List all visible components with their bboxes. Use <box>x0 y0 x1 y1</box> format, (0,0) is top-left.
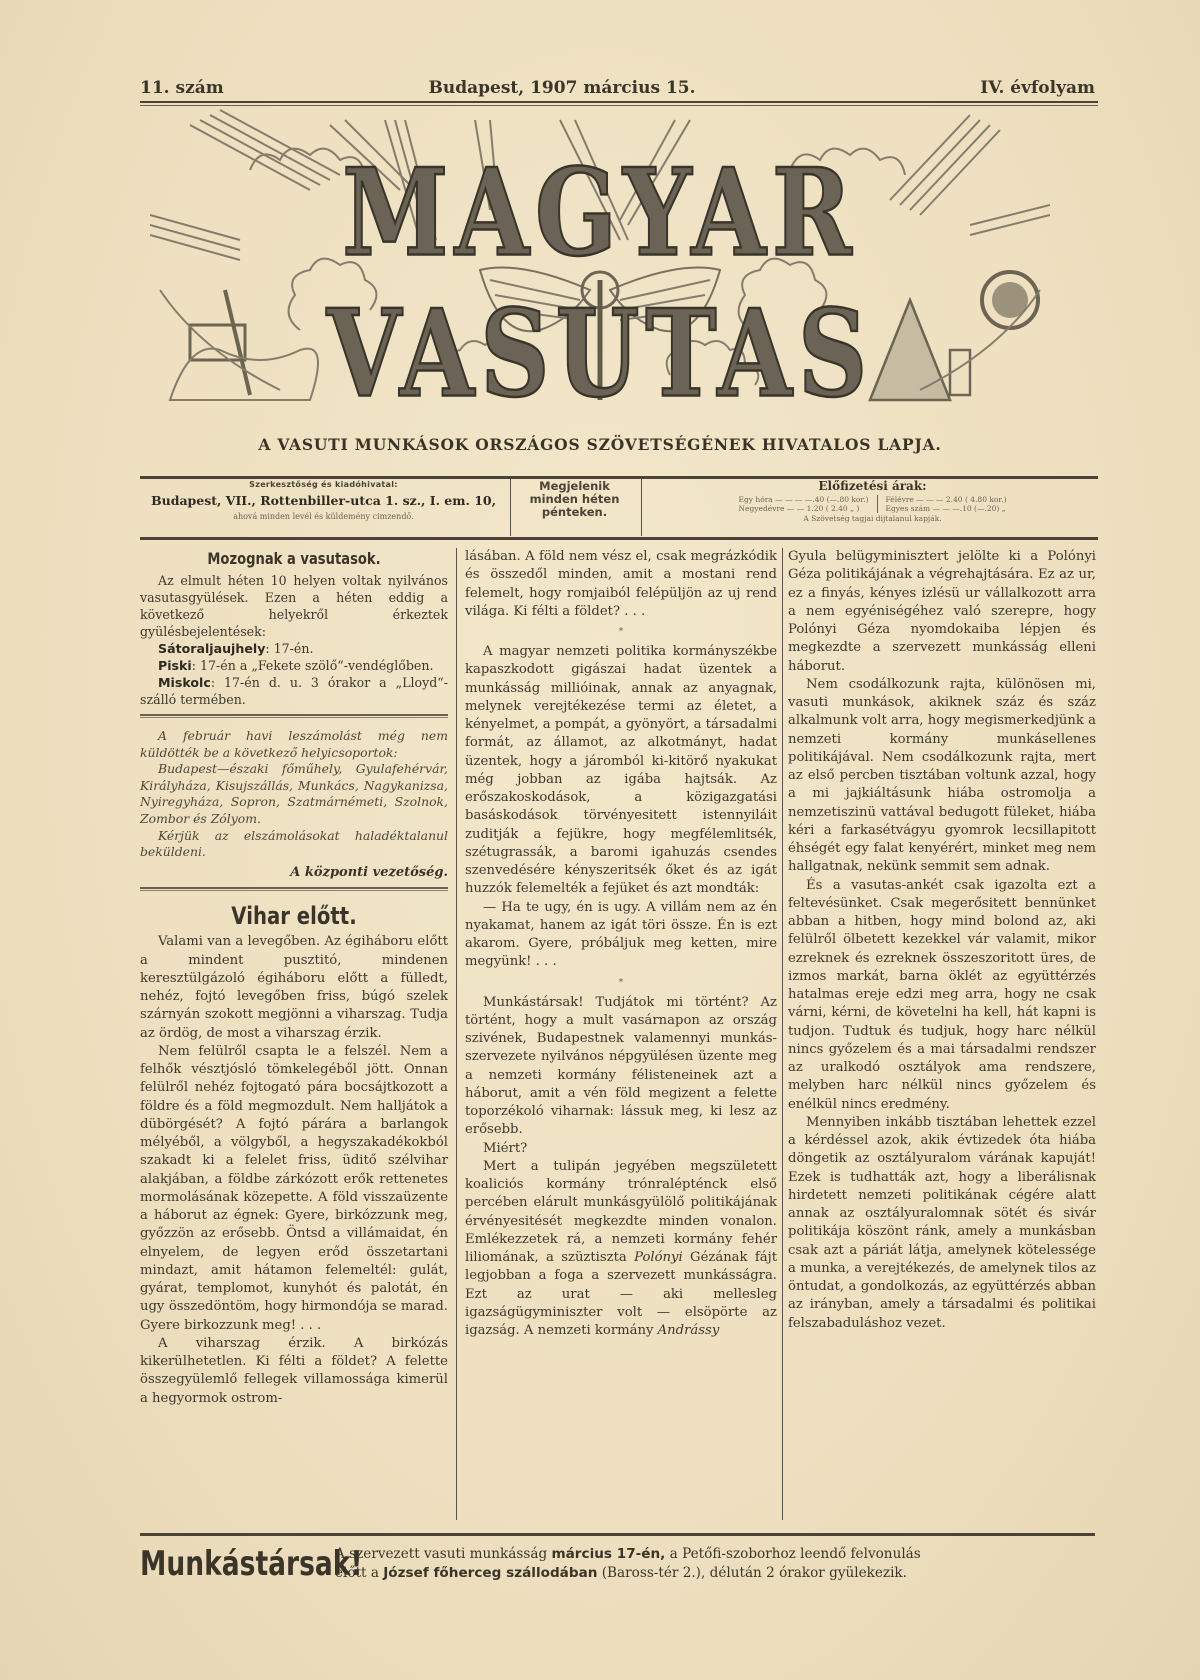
price-row: Egyes szám — — —.10 (—.20) „ <box>886 504 1007 513</box>
column-1: Mozognak a vasutasok. Az elmult héten 10… <box>140 548 448 1408</box>
section-separator: * <box>465 972 777 994</box>
article-paragraph: Mennyiben inkább tisztában lehettek ezze… <box>788 1114 1096 1333</box>
editorial-label: Szerkesztőség és kiadóhivatal: <box>140 480 507 489</box>
person-name: Polónyi <box>634 1250 683 1265</box>
column-divider <box>782 548 783 1520</box>
article-paragraph: Mert a tulipán jegyében megszületett koa… <box>465 1158 777 1341</box>
article-paragraph: A magyar nemzeti politika kormányszékbe … <box>465 643 777 899</box>
prices-title: Előfizetési árak: <box>645 479 1100 493</box>
notice-paragraph: Kérjük az elszámolásokat haladéktalanul … <box>140 828 448 861</box>
prices-table: Egy hóra — — — —.40 (—.80 kor.) Negyedév… <box>645 495 1100 513</box>
person-name: Andrássy <box>658 1323 720 1338</box>
section-rule <box>140 887 448 891</box>
column-2: lásában. A föld nem vész el, csak megráz… <box>465 548 777 1340</box>
meeting-item: Miskolc: 17-én d. u. 3 órakor a „Lloyd“-… <box>140 674 448 708</box>
footer-rule <box>140 1533 1095 1536</box>
article-mozognak: Az elmult héten 10 helyen voltak nyilván… <box>140 572 448 708</box>
price-row: Negyedévre — — 1.20 ( 2.40 „ ) <box>738 504 868 513</box>
article-paragraph: Miért? <box>465 1140 777 1158</box>
infobox-divider <box>510 478 511 536</box>
publication-date: Budapest, 1907 március 15. <box>429 78 696 98</box>
announcement: Munkástársak! A szervezett vasuti munkás… <box>140 1543 1100 1588</box>
article-paragraph: Gyula belügyminisztert jelölte ki a Poló… <box>788 548 1096 676</box>
prices-note: A Szövetség tagjai dijtalanul kapják. <box>645 514 1100 523</box>
subscription-prices: Előfizetési árak: Egy hóra — — — —.40 (—… <box>645 478 1100 523</box>
prices-left: Egy hóra — — — —.40 (—.80 kor.) Negyedév… <box>738 495 868 513</box>
article-paragraph: — Ha te ugy, én is ugy. A villám nem az … <box>465 899 777 972</box>
infobox-divider <box>641 478 642 536</box>
announcement-date: március 17-én, <box>551 1546 665 1562</box>
text-run: a Petőfi-szoborhoz leendő felvonulás <box>665 1546 920 1562</box>
prices-separator <box>877 495 878 513</box>
masthead-subtitle: A VASUTI MUNKÁSOK ORSZÁGOS SZÖVETSÉGÉNEK… <box>0 435 1200 454</box>
publication-schedule: Megjelenik minden héten pénteken. <box>512 480 637 519</box>
column-divider <box>456 548 457 1520</box>
editorial-office: Szerkesztőség és kiadóhivatal: Budapest,… <box>140 478 507 521</box>
volume-number: IV. évfolyam <box>980 78 1095 98</box>
article-paragraph: Az elmult héten 10 helyen voltak nyilván… <box>140 572 448 640</box>
notice-paragraph: Budapest—északi főműhely, Gyulafehérvár,… <box>140 761 448 827</box>
meeting-place: Piski <box>158 658 192 673</box>
announcement-text: A szervezett vasuti munkásság március 17… <box>335 1545 1105 1583</box>
article-paragraph: Munkástársak! Tudjátok mi történt? Az tö… <box>465 994 777 1140</box>
masthead: MAGYAR VASUTAS <box>150 100 1050 420</box>
announcement-line: előtt a József főherceg szállodában (Bar… <box>335 1564 1105 1583</box>
article-headline: Mozognak a vasutasok. <box>168 548 421 570</box>
notice-paragraph: A február havi leszámolást még nem küldö… <box>140 728 448 761</box>
meeting-place: Sátoraljaujhely <box>158 641 265 656</box>
text-run: A szervezett vasuti munkásság <box>335 1546 551 1562</box>
newspaper-page: 11. szám Budapest, 1907 március 15. IV. … <box>0 0 1200 1680</box>
infobox-bottom-rule <box>140 537 1098 540</box>
text-run: előtt a <box>335 1565 383 1581</box>
price-row: Egy hóra — — — —.40 (—.80 kor.) <box>738 495 868 504</box>
issue-number: 11. szám <box>140 78 224 98</box>
infobox: Szerkesztőség és kiadóhivatal: Budapest,… <box>140 478 1100 536</box>
article-paragraph: Valami van a levegőben. Az égiháboru elő… <box>140 933 448 1043</box>
meeting-detail: : 17-én a „Fekete szölő“-vendéglőben. <box>192 658 434 673</box>
editorial-address-note: ahová minden levél és küldemény cimzendő… <box>140 512 507 521</box>
section-separator: * <box>465 621 777 643</box>
announcement-line: A szervezett vasuti munkásság március 17… <box>335 1545 1105 1564</box>
meeting-place: Miskolc <box>158 675 211 690</box>
price-row: Félévre — — — 2.40 ( 4.80 kor.) <box>886 495 1007 504</box>
masthead-title: MAGYAR VASUTAS <box>150 142 1050 425</box>
article-paragraph: Nem felülről csapta le a felszél. Nem a … <box>140 1043 448 1335</box>
section-rule <box>140 714 448 718</box>
article-paragraph: És a vasutas-ankét csak igazolta ezt a f… <box>788 877 1096 1114</box>
article-paragraph: lásában. A föld nem vész el, csak megráz… <box>465 548 777 621</box>
meeting-item: Piski: 17-én a „Fekete szölő“-vendéglőbe… <box>140 657 448 674</box>
notice-box: A február havi leszámolást még nem küldö… <box>140 728 448 881</box>
dateline-bar: 11. szám Budapest, 1907 március 15. IV. … <box>140 78 1095 98</box>
article-paragraph: A viharszag érzik. A birkózás kikerülhet… <box>140 1335 448 1408</box>
notice-signature: A központi vezetőség. <box>140 865 448 882</box>
announcement-venue: József főherceg szállodában <box>383 1565 597 1581</box>
article-paragraph: Nem csodálkozunk rajta, különösen mi, va… <box>788 676 1096 877</box>
column-3: Gyula belügyminisztert jelölte ki a Poló… <box>788 548 1096 1333</box>
text-run: (Baross-tér 2.), délután 2 órakor gyülek… <box>597 1565 907 1581</box>
meeting-detail: : 17-én. <box>265 641 313 656</box>
prices-right: Félévre — — — 2.40 ( 4.80 kor.) Egyes sz… <box>886 495 1007 513</box>
editorial-address: Budapest, VII., Rottenbiller-utca 1. sz.… <box>140 493 507 508</box>
schedule-line: pénteken. <box>512 506 637 519</box>
article-headline: Vihar előtt. <box>168 901 421 931</box>
meeting-item: Sátoraljaujhely: 17-én. <box>140 640 448 657</box>
announcement-headline: Munkástársak! <box>140 1543 363 1585</box>
